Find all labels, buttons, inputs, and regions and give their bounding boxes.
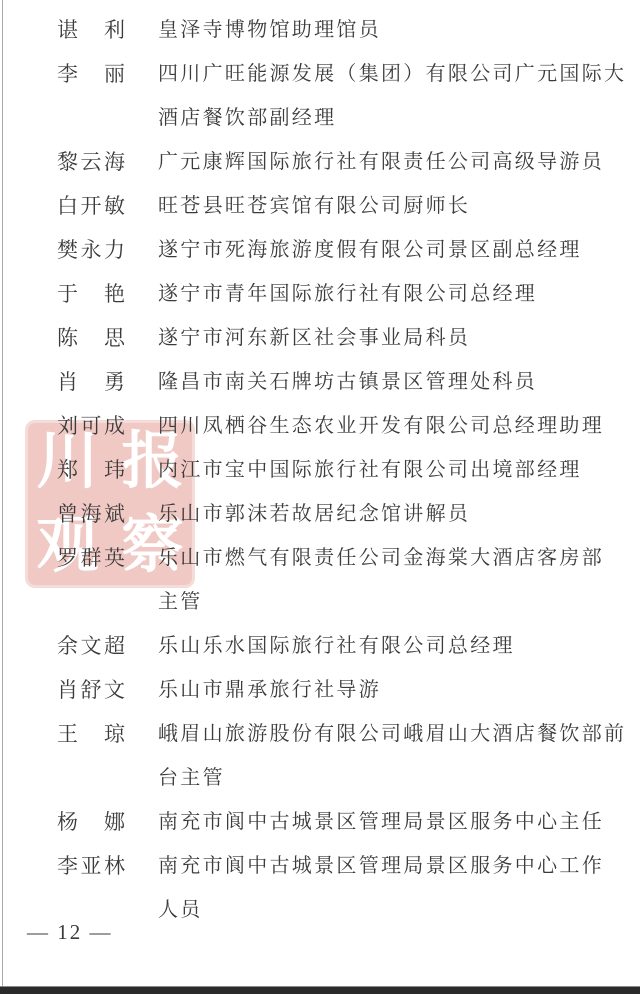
person-title: 遂宁市青年国际旅行社有限公司总经理 xyxy=(158,272,640,316)
title-line: 广元康辉国际旅行社有限责任公司高级导游员 xyxy=(158,140,640,184)
person-name: 白开敏 xyxy=(57,184,158,228)
person-title: 广元康辉国际旅行社有限责任公司高级导游员 xyxy=(158,140,640,184)
list-entry: 刘可成四川凤栖谷生态农业开发有限公司总经理助理 xyxy=(57,404,640,448)
person-name: 罗群英 xyxy=(57,536,158,580)
list-entry: 肖舒文乐山市鼎承旅行社导游 xyxy=(57,668,640,712)
list-entry: 樊永力遂宁市死海旅游度假有限公司景区副总经理 xyxy=(57,228,640,272)
award-list: 谌 利皇泽寺博物馆助理馆员李 丽四川广旺能源发展（集团）有限公司广元国际大酒店餐… xyxy=(0,0,640,932)
person-name: 肖舒文 xyxy=(57,668,158,712)
list-entry: 王 琼峨眉山旅游股份有限公司峨眉山大酒店餐饮部前台主管 xyxy=(57,712,640,800)
person-name: 杨 娜 xyxy=(57,800,158,844)
title-line: 人员 xyxy=(158,888,640,932)
title-line: 四川凤栖谷生态农业开发有限公司总经理助理 xyxy=(158,404,640,448)
person-name: 樊永力 xyxy=(57,228,158,272)
person-name: 陈 思 xyxy=(57,316,158,360)
person-name: 李亚林 xyxy=(57,844,158,888)
list-entry: 白开敏旺苍县旺苍宾馆有限公司厨师长 xyxy=(57,184,640,228)
page-bottom-edge xyxy=(0,986,640,994)
title-line: 酒店餐饮部副经理 xyxy=(158,96,640,140)
list-entry: 曾海斌乐山市郭沫若故居纪念馆讲解员 xyxy=(57,492,640,536)
person-name: 刘可成 xyxy=(57,404,158,448)
title-line: 台主管 xyxy=(158,756,640,800)
title-line: 乐山市燃气有限责任公司金海棠大酒店客房部 xyxy=(158,536,640,580)
person-title: 乐山乐水国际旅行社有限公司总经理 xyxy=(158,624,640,668)
list-entry: 余文超乐山乐水国际旅行社有限公司总经理 xyxy=(57,624,640,668)
person-name: 肖 勇 xyxy=(57,360,158,404)
title-line: 乐山市郭沫若故居纪念馆讲解员 xyxy=(158,492,640,536)
person-title: 遂宁市河东新区社会事业局科员 xyxy=(158,316,640,360)
list-entry: 杨 娜南充市阆中古城景区管理局景区服务中心主任 xyxy=(57,800,640,844)
title-line: 乐山市鼎承旅行社导游 xyxy=(158,668,640,712)
title-line: 峨眉山旅游股份有限公司峨眉山大酒店餐饮部前 xyxy=(158,712,640,756)
person-title: 乐山市燃气有限责任公司金海棠大酒店客房部主管 xyxy=(158,536,640,624)
title-line: 乐山乐水国际旅行社有限公司总经理 xyxy=(158,624,640,668)
person-title: 旺苍县旺苍宾馆有限公司厨师长 xyxy=(158,184,640,228)
person-name: 李 丽 xyxy=(57,52,158,96)
person-name: 王 琼 xyxy=(57,712,158,756)
person-title: 南充市阆中古城景区管理局景区服务中心工作人员 xyxy=(158,844,640,932)
title-line: 内江市宝中国际旅行社有限公司出境部经理 xyxy=(158,448,640,492)
person-title: 四川凤栖谷生态农业开发有限公司总经理助理 xyxy=(158,404,640,448)
list-entry: 郑 玮内江市宝中国际旅行社有限公司出境部经理 xyxy=(57,448,640,492)
person-title: 内江市宝中国际旅行社有限公司出境部经理 xyxy=(158,448,640,492)
person-name: 余文超 xyxy=(57,624,158,668)
person-title: 乐山市鼎承旅行社导游 xyxy=(158,668,640,712)
page-number: — 12 — xyxy=(27,920,113,945)
person-title: 四川广旺能源发展（集团）有限公司广元国际大酒店餐饮部副经理 xyxy=(158,52,640,140)
list-entry: 陈 思遂宁市河东新区社会事业局科员 xyxy=(57,316,640,360)
title-line: 隆昌市南关石牌坊古镇景区管理处科员 xyxy=(158,360,640,404)
title-line: 南充市阆中古城景区管理局景区服务中心工作 xyxy=(158,844,640,888)
list-entry: 于 艳遂宁市青年国际旅行社有限公司总经理 xyxy=(57,272,640,316)
title-line: 遂宁市死海旅游度假有限公司景区副总经理 xyxy=(158,228,640,272)
list-entry: 肖 勇隆昌市南关石牌坊古镇景区管理处科员 xyxy=(57,360,640,404)
list-entry: 黎云海广元康辉国际旅行社有限责任公司高级导游员 xyxy=(57,140,640,184)
list-entry: 罗群英乐山市燃气有限责任公司金海棠大酒店客房部主管 xyxy=(57,536,640,624)
person-name: 于 艳 xyxy=(57,272,158,316)
person-title: 乐山市郭沫若故居纪念馆讲解员 xyxy=(158,492,640,536)
list-entry: 谌 利皇泽寺博物馆助理馆员 xyxy=(57,8,640,52)
title-line: 南充市阆中古城景区管理局景区服务中心主任 xyxy=(158,800,640,844)
title-line: 四川广旺能源发展（集团）有限公司广元国际大 xyxy=(158,52,640,96)
title-line: 遂宁市青年国际旅行社有限公司总经理 xyxy=(158,272,640,316)
title-line: 旺苍县旺苍宾馆有限公司厨师长 xyxy=(158,184,640,228)
person-name: 曾海斌 xyxy=(57,492,158,536)
list-entry: 李亚林南充市阆中古城景区管理局景区服务中心工作人员 xyxy=(57,844,640,932)
person-title: 峨眉山旅游股份有限公司峨眉山大酒店餐饮部前台主管 xyxy=(158,712,640,800)
person-title: 遂宁市死海旅游度假有限公司景区副总经理 xyxy=(158,228,640,272)
person-title: 南充市阆中古城景区管理局景区服务中心主任 xyxy=(158,800,640,844)
person-name: 郑 玮 xyxy=(57,448,158,492)
list-entry: 李 丽四川广旺能源发展（集团）有限公司广元国际大酒店餐饮部副经理 xyxy=(57,52,640,140)
person-title: 皇泽寺博物馆助理馆员 xyxy=(158,8,640,52)
person-name: 谌 利 xyxy=(57,8,158,52)
title-line: 主管 xyxy=(158,580,640,624)
title-line: 遂宁市河东新区社会事业局科员 xyxy=(158,316,640,360)
title-line: 皇泽寺博物馆助理馆员 xyxy=(158,8,640,52)
person-title: 隆昌市南关石牌坊古镇景区管理处科员 xyxy=(158,360,640,404)
document-page: { "page": { "number_label": "— 12 —" }, … xyxy=(0,0,640,994)
person-name: 黎云海 xyxy=(57,140,158,184)
